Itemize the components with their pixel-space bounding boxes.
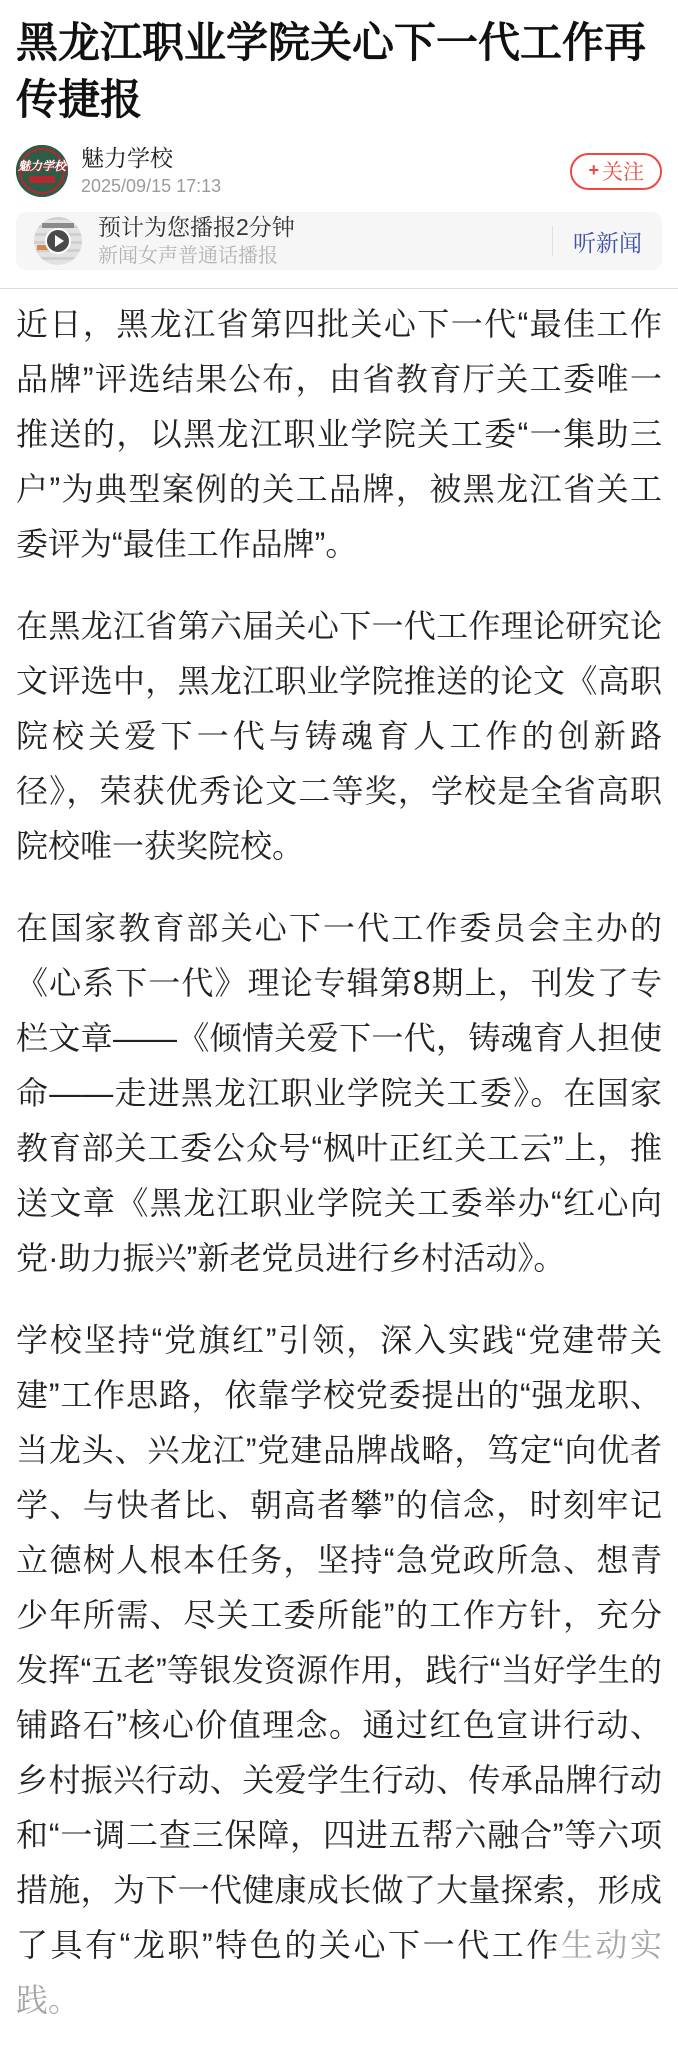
- audio-thumbnail[interactable]: [34, 217, 82, 265]
- plus-icon: +: [588, 160, 599, 181]
- follow-button[interactable]: + 关注: [570, 153, 662, 190]
- author-row: 魅力学校 魅力学校 2025/09/15 17:13 + 关注: [16, 144, 662, 198]
- news-article-page: { "colors": { "accent_red": "#f0483e", "…: [0, 0, 678, 2067]
- play-icon: [55, 235, 64, 247]
- paragraph-1: 近日，黑龙江省第四批关心下一代“最佳工作品牌”评选结果公布，由省教育厅关工委唯一…: [16, 297, 662, 572]
- follow-label: 关注: [602, 156, 644, 186]
- article-body: 近日，黑龙江省第四批关心下一代“最佳工作品牌”评选结果公布，由省教育厅关工委唯一…: [0, 297, 678, 2028]
- play-button[interactable]: [45, 228, 71, 254]
- author-avatar[interactable]: 魅力学校: [16, 145, 68, 197]
- paragraph-4-text: 学校坚持“党旗红”引领，深入实践“党建带关建”工作思路，依靠学校党委提出的“强龙…: [16, 1322, 662, 1963]
- audio-voice-text: 新闻女声普通话播报: [98, 244, 552, 268]
- author-name[interactable]: 魅力学校: [81, 144, 570, 172]
- listen-news-button[interactable]: 听新闻: [573, 225, 642, 258]
- audio-player-card[interactable]: 预计为您播报2分钟 新闻女声普通话播报 听新闻: [16, 212, 662, 270]
- publish-date: 2025/09/15 17:13: [81, 174, 570, 198]
- avatar-logo-text: 魅力学校: [18, 160, 66, 173]
- paragraph-4: 学校坚持“党旗红”引领，深入实践“党建带关建”工作思路，依靠学校党委提出的“强龙…: [16, 1313, 662, 2028]
- paragraph-3: 在国家教育部关心下一代工作委员会主办的《心系下一代》理论专辑第8期上，刊发了专栏…: [16, 901, 662, 1286]
- audio-right-actions: 听新闻: [552, 225, 642, 258]
- avatar-logo-bar: [29, 176, 55, 183]
- article-header: 黑龙江职业学院关心下一代工作再传捷报 魅力学校 魅力学校 2025/09/15 …: [0, 14, 678, 270]
- audio-duration-text: 预计为您播报2分钟: [98, 214, 552, 241]
- section-divider: [0, 288, 678, 289]
- audio-text-block: 预计为您播报2分钟 新闻女声普通话播报: [98, 214, 552, 268]
- author-meta: 魅力学校 2025/09/15 17:13: [81, 144, 570, 198]
- article-title: 黑龙江职业学院关心下一代工作再传捷报: [16, 14, 662, 128]
- paragraph-2: 在黑龙江省第六届关心下一代工作理论研究论文评选中，黑龙江职业学院推送的论文《高职…: [16, 599, 662, 874]
- vertical-divider: [552, 226, 553, 256]
